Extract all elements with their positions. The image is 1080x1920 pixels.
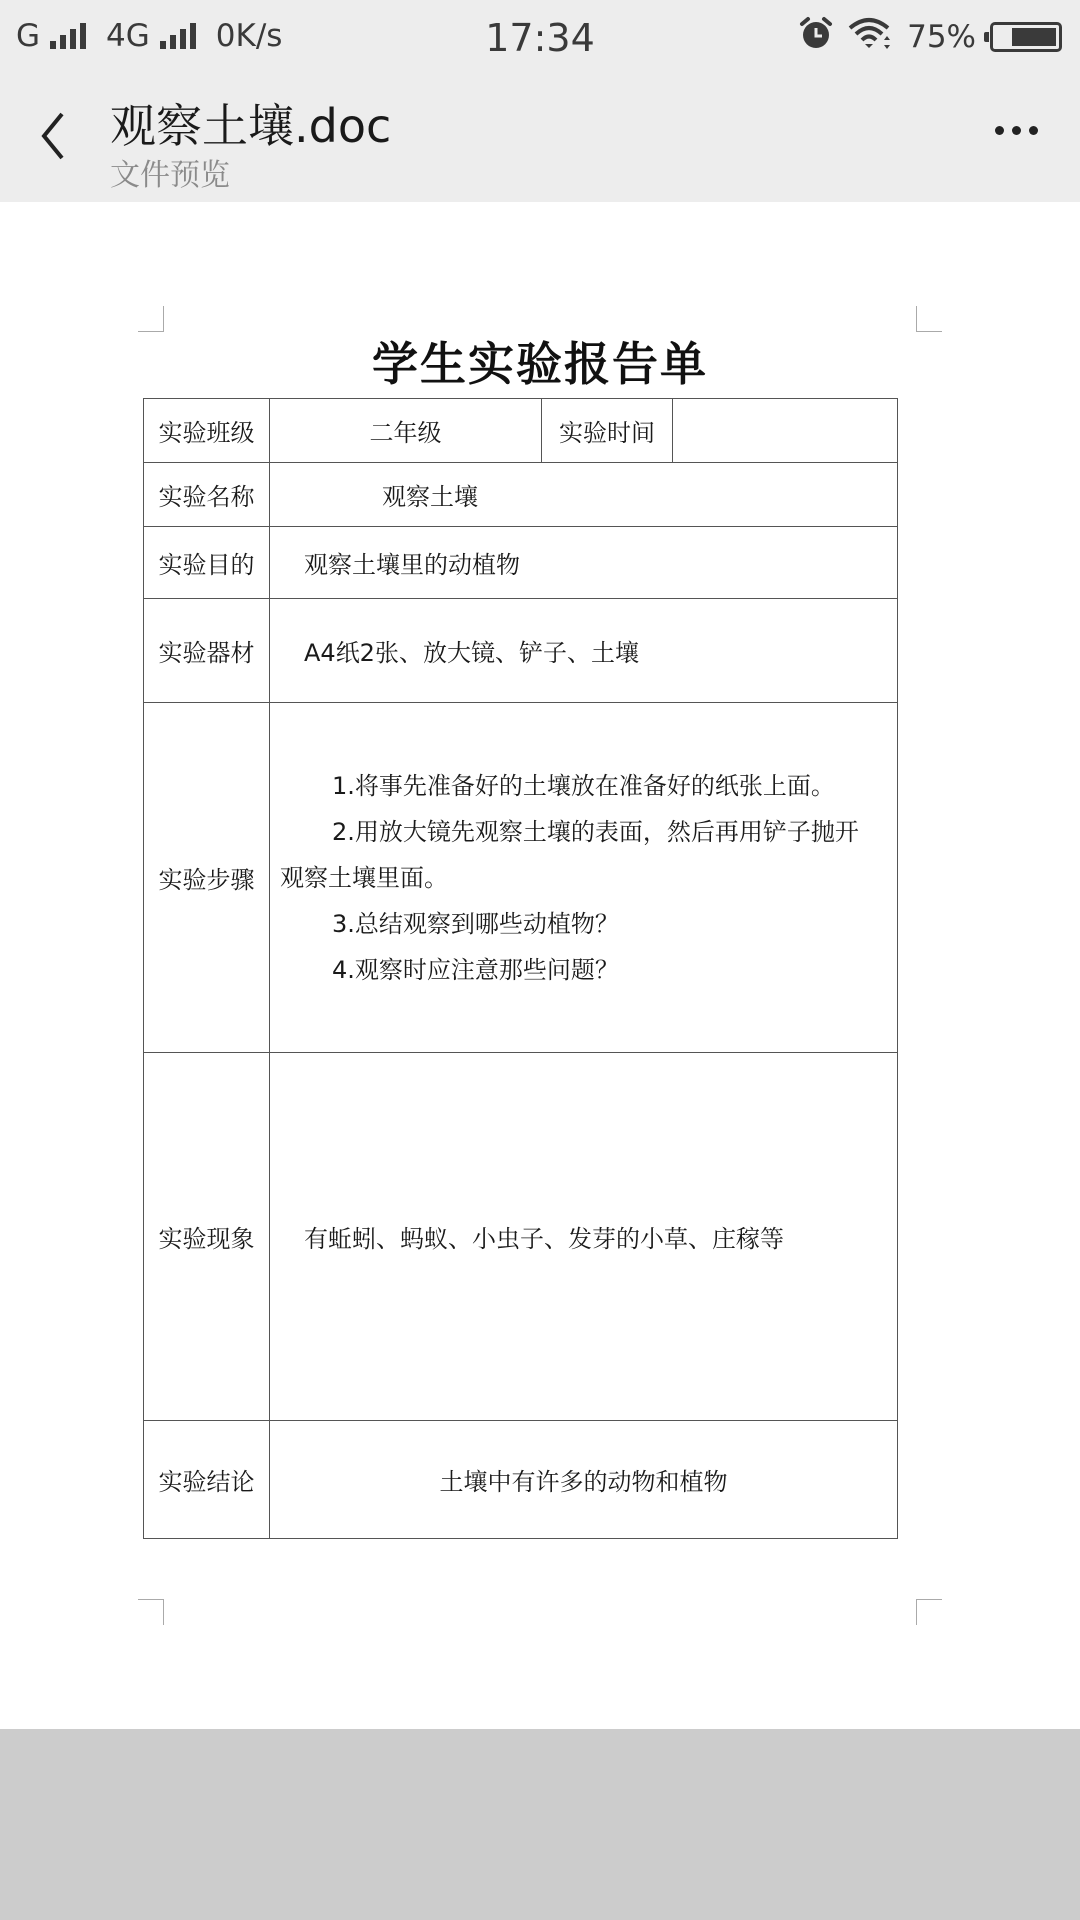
battery-icon: [990, 22, 1062, 52]
dot: [1012, 126, 1021, 135]
name-label: 实验名称: [144, 463, 270, 527]
step-item: 1.将事先准备好的土壤放在准备好的纸张上面。: [280, 763, 889, 809]
document-title: 观察土壤.doc: [110, 90, 391, 156]
table-row: 实验器材 A4纸2张、放大镜、铲子、土壤: [144, 599, 898, 703]
table-row: 实验现象 有蚯蚓、蚂蚁、小虫子、发芽的小草、庄稼等: [144, 1053, 898, 1421]
name-value: 观察土壤: [270, 463, 898, 527]
step-item: 3.总结观察到哪些动植物？: [280, 901, 889, 947]
wifi-icon: [847, 16, 893, 58]
purpose-value: 观察土壤里的动植物: [270, 527, 898, 599]
steps-list: 1.将事先准备好的土壤放在准备好的纸张上面。 2.用放大镜先观察土壤的表面，然后…: [270, 763, 897, 993]
class-label: 实验班级: [144, 399, 270, 463]
more-dots-icon: [995, 126, 1004, 135]
step-item: 2.用放大镜先观察土壤的表面，然后再用铲子抛开: [280, 809, 889, 855]
status-right: 75%: [799, 16, 1062, 58]
report-title: 学生实验报告单: [0, 328, 1080, 394]
page-corner-mark: [916, 1599, 942, 1625]
table-row: 实验步骤 1.将事先准备好的土壤放在准备好的纸张上面。 2.用放大镜先观察土壤的…: [144, 703, 898, 1053]
step-item-continued: 观察土壤里面。: [280, 855, 889, 901]
document-page[interactable]: 学生实验报告单 实验班级 二年级 实验时间 实验名称 观察土壤 实验目的 观察土…: [0, 202, 1080, 1729]
dot: [1029, 126, 1038, 135]
table-row: 实验班级 二年级 实验时间: [144, 399, 898, 463]
table-row: 实验目的 观察土壤里的动植物: [144, 527, 898, 599]
purpose-label: 实验目的: [144, 527, 270, 599]
chevron-left-icon: [34, 106, 74, 166]
table-row: 实验结论 土壤中有许多的动物和植物: [144, 1421, 898, 1539]
app-header: 观察土壤.doc 文件预览: [0, 76, 1080, 202]
viewer-background: [0, 1729, 1080, 1920]
phenomenon-label: 实验现象: [144, 1053, 270, 1421]
battery-percent: 75%: [907, 19, 976, 55]
steps-label: 实验步骤: [144, 703, 270, 1053]
equipment-value: A4纸2张、放大镜、铲子、土壤: [270, 599, 898, 703]
equipment-label: 实验器材: [144, 599, 270, 703]
time-label: 实验时间: [542, 399, 673, 463]
conclusion-value: 土壤中有许多的动物和植物: [270, 1421, 898, 1539]
status-bar: G 4G 0K/s 17:34 75%: [0, 0, 1080, 76]
page-corner-mark: [138, 1599, 164, 1625]
alarm-clock-icon: [799, 16, 833, 58]
step-item: 4.观察时应注意那些问题？: [280, 947, 889, 993]
steps-cell: 1.将事先准备好的土壤放在准备好的纸张上面。 2.用放大镜先观察土壤的表面，然后…: [270, 703, 898, 1053]
phenomenon-value: 有蚯蚓、蚂蚁、小虫子、发芽的小草、庄稼等: [270, 1053, 898, 1421]
more-options-button[interactable]: [995, 126, 1038, 135]
back-button[interactable]: [34, 106, 74, 166]
conclusion-label: 实验结论: [144, 1421, 270, 1539]
document-subtitle: 文件预览: [110, 150, 230, 194]
table-row: 实验名称 观察土壤: [144, 463, 898, 527]
class-value: 二年级: [270, 399, 542, 463]
report-table: 实验班级 二年级 实验时间 实验名称 观察土壤 实验目的 观察土壤里的动植物 实…: [143, 398, 898, 1539]
time-value: [673, 399, 898, 463]
